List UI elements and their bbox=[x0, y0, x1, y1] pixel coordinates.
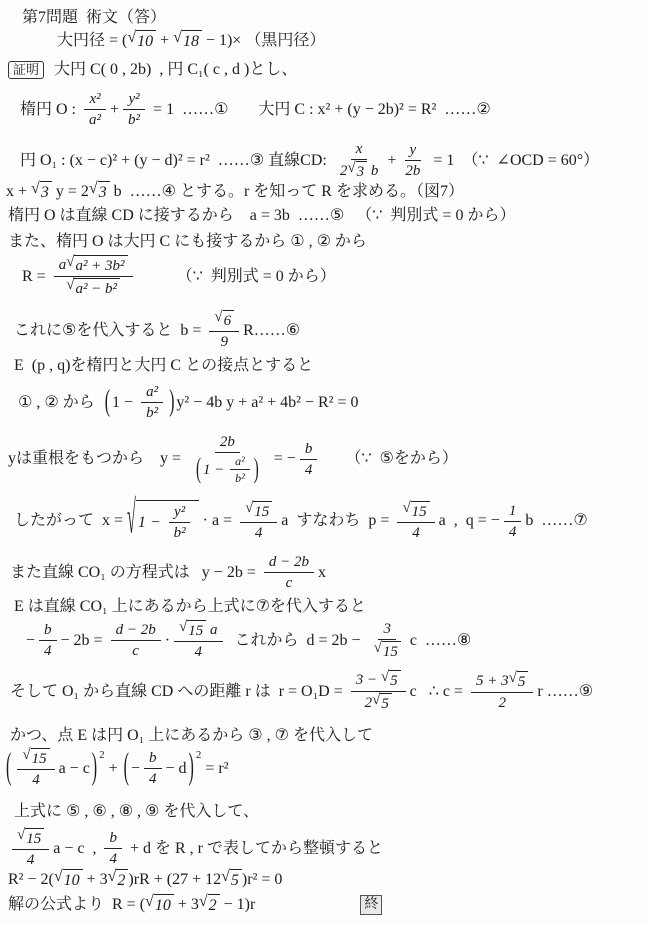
radicand: 5 bbox=[230, 869, 242, 891]
fraction: x2√3 b bbox=[335, 140, 383, 181]
final-answer-line: 解の公式より R = ( √10 + 3 √2 − 1)r 終 bbox=[8, 894, 382, 916]
seg: = − bbox=[270, 449, 296, 469]
seg: x + bbox=[6, 182, 31, 202]
seg: = 1 （∵ ∠OCD = 60°） bbox=[429, 151, 599, 171]
numerator: b bbox=[104, 829, 122, 849]
seg: b ……④ とする。r を知って R を求める。（図7） bbox=[110, 182, 464, 202]
seg: + 3 bbox=[83, 870, 108, 890]
seg: 上式に ⑤ , ⑥ , ⑧ , ⑨ を代入して、 bbox=[14, 802, 259, 822]
seg: − 1)× （黒円径） bbox=[202, 31, 325, 51]
sqrt-radical: √5 bbox=[381, 670, 401, 690]
proof-intro-line: 証明 大円 C( 0 , 2b) , 円 C₁( c , d )とし、 bbox=[8, 60, 297, 80]
quadratic-in-R-line: R² − 2( √10 + 3 √2 )rR + (27 + 12 √5 )r²… bbox=[8, 869, 282, 891]
seg: R² − 2( bbox=[8, 870, 54, 890]
denominator: √15 bbox=[369, 640, 406, 661]
seg: 大円径 = ( bbox=[57, 31, 127, 51]
ellipse-bigcircle-equations-line: 楕円 O : x²a² + y²b² = 1 ……① 大円 C : x² + (… bbox=[20, 90, 491, 129]
sqrt-radical: √2 bbox=[199, 894, 220, 916]
seg: + bbox=[105, 759, 122, 779]
radicand: 15 bbox=[187, 620, 206, 640]
numerator: y² bbox=[123, 90, 144, 110]
circle-o1-line-cd-line: 円 O₁ : (x − c)² + (y − d)² = r² ……③ 直線CD… bbox=[20, 140, 599, 181]
denominator: b² bbox=[123, 110, 145, 129]
seg: （∵ 判別式 = 0 から） bbox=[177, 267, 336, 287]
seg: a すなわち p = bbox=[281, 511, 393, 531]
sqrt-radical: √a² − b² bbox=[66, 278, 120, 298]
sqrt-icon: √ bbox=[66, 278, 74, 293]
numerator: √15 bbox=[17, 748, 54, 770]
numerator: √6 bbox=[209, 310, 239, 332]
fraction: 5 + 3√5 2 bbox=[471, 671, 533, 712]
numerator: 5 + 3√5 bbox=[471, 671, 533, 693]
radicand: 2 bbox=[208, 894, 220, 916]
seg: したがって x = bbox=[14, 511, 127, 531]
sqrt-icon: √ bbox=[127, 30, 136, 46]
seg: かつ、点 E は円 O₁ 上にあるから ③ , ⑦ を代入して bbox=[10, 726, 373, 746]
seg: + 3 bbox=[174, 895, 199, 915]
seg: · a = bbox=[199, 511, 236, 531]
denominator: a² bbox=[84, 110, 106, 129]
seg: a bbox=[59, 256, 67, 274]
fraction: d − 2bc bbox=[111, 621, 161, 660]
seg: R = bbox=[22, 267, 50, 287]
seg: a , q = − bbox=[439, 511, 500, 531]
numerator: d − 2b bbox=[111, 621, 161, 641]
radicand: 5 bbox=[380, 693, 392, 713]
sqrt-radical: √3 bbox=[89, 181, 110, 203]
sqrt-radical: √10 bbox=[54, 869, 83, 891]
radicand: 15 bbox=[253, 501, 272, 521]
seg: 2 bbox=[340, 162, 348, 180]
fraction: y²b² bbox=[123, 90, 145, 129]
denominator: b² bbox=[230, 470, 250, 485]
radicand: 6 bbox=[223, 310, 235, 330]
seg: ① , ② から bbox=[18, 393, 103, 413]
radicand: a² + 3b² bbox=[74, 255, 127, 275]
seg: r ……⑨ bbox=[537, 682, 593, 702]
numerator: y bbox=[405, 141, 422, 161]
substitute-7-line: E は直線 CO₁ 上にあるから上式に⑦を代入すると bbox=[14, 597, 366, 617]
seg: R……⑥ bbox=[243, 321, 300, 341]
big-paren: ( bbox=[124, 746, 129, 792]
sqrt-icon: √ bbox=[509, 671, 517, 686]
fraction: √154 bbox=[12, 828, 49, 869]
fraction: d − 2bc bbox=[264, 553, 314, 592]
sqrt-icon: √ bbox=[374, 641, 382, 656]
seg: − d bbox=[166, 759, 187, 779]
fraction: 3 − √5 2√5 bbox=[351, 670, 406, 713]
denominator: c bbox=[281, 573, 298, 592]
seg: b ……⑦ bbox=[525, 511, 587, 531]
proof-label-box: 証明 bbox=[8, 61, 44, 79]
numerator: d − 2b bbox=[264, 553, 314, 573]
radicand: 2 bbox=[116, 869, 128, 891]
sqrt-radical: √1 − y²b² bbox=[127, 500, 199, 542]
sqrt-icon: √ bbox=[22, 748, 30, 763]
numerator: a² bbox=[230, 454, 250, 470]
seg: y = 2 bbox=[52, 182, 89, 202]
numerator: √15 bbox=[397, 501, 434, 523]
seg: 2 bbox=[365, 694, 373, 712]
fraction: √154 bbox=[240, 501, 277, 542]
radicand: 5 bbox=[517, 671, 529, 691]
quadratic-in-y-line: ① , ② から ( 1 − a²b² ) y² − 4b y + a² + 4… bbox=[18, 383, 358, 422]
seg: 楕円 O : bbox=[20, 100, 80, 120]
sqrt-icon: √ bbox=[108, 869, 117, 885]
distance-r-line: そして O₁ から直線 CD への距離 r は r = O₁D = 3 − √5… bbox=[10, 670, 593, 713]
radicand: 3 bbox=[98, 181, 110, 203]
denominator: 4 bbox=[22, 850, 40, 869]
fraction: y²b² bbox=[169, 503, 191, 542]
big-paren: ) bbox=[254, 453, 259, 487]
denominator: 2√5 bbox=[360, 692, 397, 713]
fraction: √154 bbox=[17, 748, 54, 789]
seg: − bbox=[131, 759, 140, 779]
seg: yは重根をもつから y = bbox=[8, 449, 185, 469]
seg: 1 − bbox=[203, 461, 228, 479]
numerator: y² bbox=[169, 503, 190, 523]
seg: c ……⑧ bbox=[410, 631, 471, 651]
denominator: c bbox=[127, 641, 144, 660]
radicand: a² − b² bbox=[74, 278, 120, 298]
denominator: 9 bbox=[215, 332, 233, 351]
denominator: 2√3 b bbox=[335, 160, 383, 181]
fraction: x²a² bbox=[84, 90, 106, 129]
big-paren: ( bbox=[6, 746, 11, 792]
sqrt-radical: √5 bbox=[221, 869, 242, 891]
express-in-R-r-line: √154 a − c , b4 + d を R , r で表してから整頓すると bbox=[8, 828, 383, 869]
sqrt-radical: √3 bbox=[31, 181, 52, 203]
fraction: a²b² bbox=[230, 454, 250, 486]
fraction: 14 bbox=[504, 502, 522, 541]
radicand: 3 bbox=[40, 181, 52, 203]
sqrt-radical: √6 bbox=[214, 310, 234, 330]
contact-point-line: E (p , q)を楕円と大円 C との接点とすると bbox=[14, 356, 313, 376]
eq4-line: x + √3 y = 2 √3 b ……④ とする。r を知って R を求める。… bbox=[6, 181, 464, 203]
numerator: 1 bbox=[504, 502, 522, 522]
sqrt-icon: √ bbox=[199, 894, 208, 910]
fraction: √15 a4 bbox=[174, 620, 222, 661]
seg: これに⑤を代入すると b = bbox=[14, 321, 205, 341]
numerator: 2b bbox=[215, 433, 240, 453]
seg: c ∴ c = bbox=[410, 682, 467, 702]
numerator: √15 bbox=[240, 501, 277, 523]
fraction: b4 bbox=[104, 829, 122, 868]
b-substitution-line: これに⑤を代入すると b = √6 9 R……⑥ bbox=[14, 310, 300, 351]
page-title: 第7問題 術文（答） bbox=[22, 8, 166, 28]
tangent-bigcircle-line: また、楕円 O は大円 C にも接するから ① , ② から bbox=[8, 232, 367, 252]
sqrt-radical: √10 bbox=[127, 30, 156, 52]
seg: + bbox=[110, 100, 119, 120]
double-root-line: yは重根をもつから y = 2b (1 − a²b²) = − b4 （∵ ⑤を… bbox=[8, 433, 458, 486]
fraction: b4 bbox=[144, 749, 162, 788]
seg: 1 − bbox=[138, 513, 165, 533]
seg: 円 O₁ : (x − c)² + (y − d)² = r² ……③ 直線CD… bbox=[20, 151, 331, 171]
sqrt-radical: √5 bbox=[372, 693, 392, 713]
big-paren: ( bbox=[105, 384, 110, 422]
radicand: 15 bbox=[411, 501, 430, 521]
numerator: 3 − √5 bbox=[351, 670, 406, 692]
d-equation-line: − b4 − 2b = d − 2bc · √15 a4 これから d = 2b… bbox=[26, 620, 471, 661]
denominator: 4 bbox=[27, 770, 45, 789]
fraction: 3√15 bbox=[369, 620, 406, 661]
seg: x bbox=[318, 563, 326, 583]
numerator: √15 a bbox=[174, 620, 222, 642]
x-value-line: したがって x = √1 − y²b² · a = √154 a すなわち p … bbox=[14, 500, 588, 542]
seg: − 2b = bbox=[61, 631, 107, 651]
numerator: a√a² + 3b² bbox=[54, 255, 133, 277]
title-text: 第7問題 術文（答） bbox=[22, 8, 166, 28]
seg: また直線 CO₁ の方程式は y − 2b = bbox=[10, 563, 260, 583]
seg: 楕円 O は直線 CD に接するから a = 3b ……⑤ （∵ 判別式 = 0… bbox=[8, 206, 515, 226]
radicand: 10 bbox=[63, 869, 83, 891]
seg: a − c , bbox=[53, 839, 100, 859]
seg: = r² bbox=[201, 759, 228, 779]
tangent-cd-line: 楕円 O は直線 CD に接するから a = 3b ……⑤ （∵ 判別式 = 0… bbox=[8, 206, 515, 226]
seg: − bbox=[26, 631, 35, 651]
sqrt-icon: √ bbox=[179, 620, 187, 635]
answer-formula-line: 大円径 = ( √10 + √18 − 1)× （黒円径） bbox=[57, 30, 325, 52]
denominator: b² bbox=[141, 403, 163, 422]
sqrt-icon: √ bbox=[173, 30, 182, 46]
seg: 3 − bbox=[356, 671, 381, 689]
radicand: 15 bbox=[25, 828, 44, 848]
radicand: 18 bbox=[182, 30, 202, 52]
seg: 大円 C : x² + (y − 2b)² = R² ……② bbox=[258, 100, 490, 120]
sqrt-icon: √ bbox=[31, 181, 40, 197]
seg: a − c bbox=[59, 759, 90, 779]
numerator: b bbox=[144, 749, 162, 769]
sqrt-radical: √a² + 3b² bbox=[66, 255, 127, 275]
seg: )r² = 0 bbox=[242, 870, 282, 890]
seg: 1 − bbox=[112, 393, 137, 413]
radicand: 3 bbox=[356, 161, 368, 181]
numerator: a² bbox=[141, 383, 163, 403]
big-paren: ( bbox=[196, 453, 201, 487]
fraction: 2b (1 − a²b²) bbox=[189, 433, 266, 486]
numerator: √15 bbox=[12, 828, 49, 850]
fraction: b4 bbox=[300, 440, 318, 479]
seg: a bbox=[206, 621, 217, 639]
seg: + d を R , r で表してから整頓すると bbox=[126, 839, 383, 859]
sqrt-radical: √15 bbox=[22, 748, 49, 768]
seg: E (p , q)を楕円と大円 C との接点とすると bbox=[14, 356, 313, 376]
seg: 大円 C( 0 , 2b) , 円 C₁( c , d )とし、 bbox=[54, 60, 297, 80]
big-paren: ) bbox=[92, 746, 97, 792]
sqrt-radical: √15 bbox=[17, 828, 44, 848]
sqrt-icon: √ bbox=[381, 670, 389, 685]
sqrt-icon: √ bbox=[347, 161, 355, 176]
radicand: 15 bbox=[31, 748, 50, 768]
seg: （∵ ⑤をから） bbox=[345, 449, 458, 469]
denominator: 4 bbox=[39, 641, 57, 660]
sqrt-radical: √15 bbox=[374, 641, 401, 661]
fraction: √154 bbox=[397, 501, 434, 542]
numerator: x² bbox=[84, 90, 105, 110]
math-solution-document: 第7問題 術文（答） 大円径 = ( √10 + √18 − 1)× （黒円径）… bbox=[0, 0, 649, 925]
denominator: 4 bbox=[504, 522, 522, 541]
substitute-all-line: 上式に ⑤ , ⑥ , ⑧ , ⑨ を代入して、 bbox=[14, 802, 259, 822]
sqrt-radical: √2 bbox=[108, 869, 129, 891]
sqrt-icon: √ bbox=[17, 828, 25, 843]
radicand: 15 bbox=[382, 641, 401, 661]
fraction: y2b bbox=[400, 141, 425, 180]
denominator: b² bbox=[169, 523, 191, 542]
seg: + bbox=[156, 31, 173, 51]
radicand: 10 bbox=[154, 894, 174, 916]
seg: )rR + (27 + 12 bbox=[128, 870, 221, 890]
seg: b bbox=[367, 162, 378, 180]
denominator: 4 bbox=[407, 523, 425, 542]
radicand: 5 bbox=[389, 670, 401, 690]
denominator: √a² − b² bbox=[61, 277, 125, 298]
numerator: 3 bbox=[378, 620, 396, 640]
seg: = 1 ……① bbox=[149, 100, 228, 120]
denominator: 4 bbox=[144, 769, 162, 788]
sqrt-radical: √15 bbox=[179, 620, 206, 640]
fraction: a²b² bbox=[141, 383, 163, 422]
seg: また、楕円 O は大円 C にも接するから ① , ② から bbox=[8, 232, 367, 252]
sqrt-icon: √ bbox=[245, 501, 253, 516]
circle-equation-substituted-line: ( √154 a − c ) 2 + ( − b4 − d ) 2 = r² bbox=[4, 748, 229, 789]
sqrt-icon: √ bbox=[127, 498, 136, 544]
big-paren: ) bbox=[189, 746, 194, 792]
sqrt-radical: √18 bbox=[173, 30, 202, 52]
sqrt-radical: √15 bbox=[402, 501, 429, 521]
sqrt-icon: √ bbox=[221, 869, 230, 885]
seg: − 1)r bbox=[220, 895, 256, 915]
denominator: 4 bbox=[190, 642, 208, 661]
end-label-box: 終 bbox=[360, 895, 382, 915]
seg: 解の公式より R = ( bbox=[8, 895, 145, 915]
seg: + bbox=[387, 151, 396, 171]
seg: y² − 4b y + a² + 4b² − R² = 0 bbox=[176, 393, 358, 413]
fraction: a√a² + 3b² √a² − b² bbox=[54, 255, 133, 298]
fraction: b4 bbox=[39, 621, 57, 660]
denominator: 2b bbox=[400, 161, 425, 180]
seg: これから d = 2b − bbox=[227, 631, 365, 651]
numerator: b bbox=[39, 621, 57, 641]
denominator: (1 − a²b²) bbox=[189, 453, 266, 486]
radius-formula-line: R = a√a² + 3b² √a² − b² （∵ 判別式 = 0 から） bbox=[22, 255, 336, 298]
sqrt-radical: √3 bbox=[347, 161, 367, 181]
denominator: 4 bbox=[104, 849, 122, 868]
seg: そして O₁ から直線 CD への距離 r は r = O₁D = bbox=[10, 682, 347, 702]
denominator: 4 bbox=[250, 523, 268, 542]
seg: · bbox=[165, 631, 170, 651]
sqrt-icon: √ bbox=[89, 181, 98, 197]
point-e-on-circle-line: かつ、点 E は円 O₁ 上にあるから ③ , ⑦ を代入して bbox=[10, 726, 373, 746]
radicand: 10 bbox=[136, 30, 156, 52]
denominator: 2 bbox=[493, 693, 511, 712]
big-paren: ) bbox=[169, 384, 174, 422]
sqrt-icon: √ bbox=[66, 255, 74, 270]
numerator: b bbox=[300, 440, 318, 460]
seg: E は直線 CO₁ 上にあるから上式に⑦を代入すると bbox=[14, 597, 366, 617]
fraction: √6 9 bbox=[209, 310, 239, 351]
sqrt-icon: √ bbox=[54, 869, 63, 885]
radicand: 1 − y²b² bbox=[136, 500, 199, 542]
line-co1-equation-line: また直線 CO₁ の方程式は y − 2b = d − 2bc x bbox=[10, 553, 326, 592]
denominator: 4 bbox=[300, 460, 318, 479]
sqrt-radical: √5 bbox=[509, 671, 529, 691]
numerator: x bbox=[351, 140, 368, 160]
sqrt-radical: √10 bbox=[145, 894, 174, 916]
seg: 5 + 3 bbox=[476, 672, 509, 690]
sqrt-icon: √ bbox=[402, 501, 410, 516]
sqrt-icon: √ bbox=[214, 310, 222, 325]
sqrt-icon: √ bbox=[372, 693, 380, 708]
sqrt-radical: √15 bbox=[245, 501, 272, 521]
sqrt-icon: √ bbox=[145, 894, 154, 910]
